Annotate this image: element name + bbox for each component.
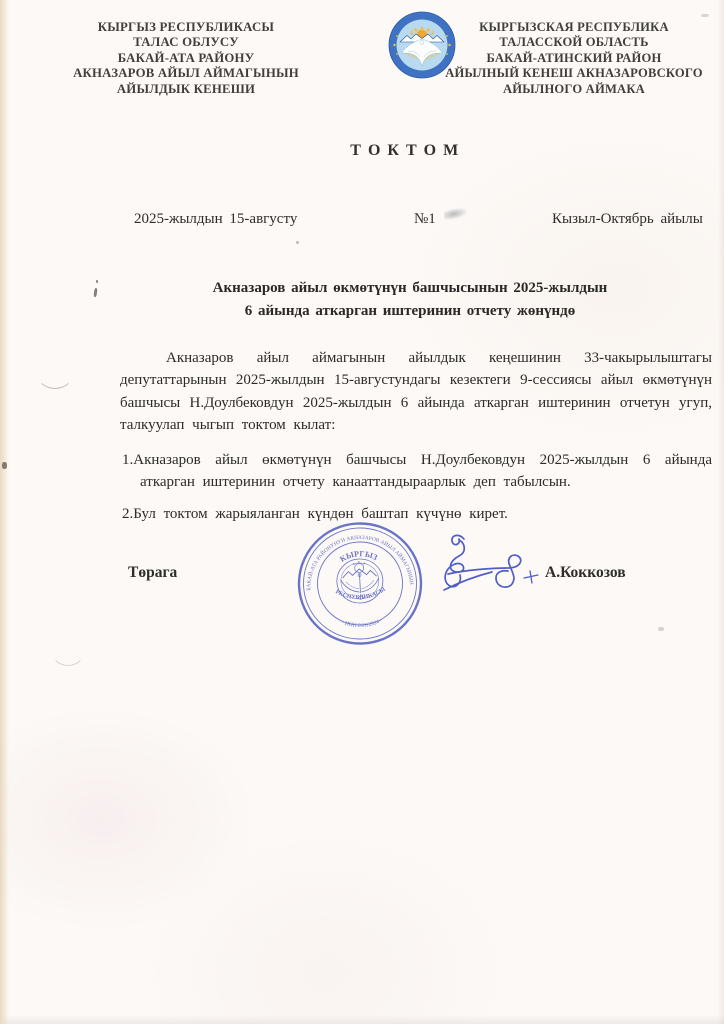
- document-date: 2025-жылдын 15-августу: [134, 211, 297, 228]
- scan-speck: [701, 14, 709, 17]
- item-line: 1.Акназаров айыл өкмөтүнүн башчысы Н.Доу…: [122, 449, 712, 471]
- paragraph-line: талкуулап чыгып токтом кылат:: [120, 414, 712, 436]
- subject-heading: Акназаров айыл өкмөтүнүн башчысынын 2025…: [118, 277, 702, 322]
- signer-name: А.Коккозов: [545, 564, 626, 582]
- header-right-line: БАКАЙ-АТИНСКИЙ РАЙОН: [426, 51, 722, 66]
- header-left-line: КЫРГЫЗ РЕСПУБЛИКАСЫ: [34, 20, 338, 35]
- resolution-item-1: 1.Акназаров айыл өкмөтүнүн башчысы Н.Доу…: [122, 449, 712, 494]
- header-right-line: АЙЫЛНОГО АЙМАКА: [426, 82, 722, 97]
- item-line: аткарган иштеринин отчету канааттандыраа…: [122, 471, 712, 493]
- document-place: Кызыл-Октябрь айылы: [552, 211, 703, 228]
- preamble-paragraph: Акназаров айыл аймагынын айылдык кеңешин…: [120, 347, 712, 437]
- signer-role: Төрага: [128, 564, 177, 582]
- header-left-line: АКНАЗАРОВ АЙЫЛ АЙМАГЫНЫН: [34, 66, 338, 81]
- header-left-line: АЙЫЛДЫК КЕНЕШИ: [34, 82, 338, 97]
- handwritten-signature: [436, 530, 548, 602]
- header-right-line: КЫРГЫЗСКАЯ РЕСПУБЛИКА: [426, 20, 722, 35]
- paragraph-line: Акназаров айыл аймагынын айылдык кеңешин…: [120, 347, 712, 369]
- scan-crease: [50, 630, 86, 666]
- scan-speck: [93, 288, 97, 297]
- subject-line: Акназаров айыл өкмөтүнүн башчысынын 2025…: [118, 277, 702, 300]
- header-left-kyrgyz: КЫРГЫЗ РЕСПУБЛИКАСЫ ТАЛАС ОБЛУСУ БАКАЙ-А…: [34, 20, 338, 97]
- document-number: №1: [414, 211, 436, 228]
- header-right-russian: КЫРГЫЗСКАЯ РЕСПУБЛИКА ТАЛАССКОЙ ОБЛАСТЬ …: [426, 20, 722, 97]
- header-right-line: ТАЛАССКОЙ ОБЛАСТЬ: [426, 35, 722, 50]
- scan-speck: [296, 241, 299, 244]
- paragraph-line: башчысы Н.Доулбековдун 2025-жылдын 6 айы…: [120, 392, 712, 414]
- svg-text:• ИНН 01812024 •: • ИНН 01812024 •: [340, 617, 384, 630]
- paragraph-line: депутаттарынын 2025-жылдын 15-августунда…: [120, 369, 712, 391]
- document-title: Т О К Т О М: [0, 142, 724, 160]
- header-right-line: АЙЫЛНЫЙ КЕНЕШ АКНАЗАРОВСКОГО: [426, 66, 722, 81]
- scan-speck: [96, 280, 98, 283]
- subject-line: 6 айында аткарган иштеринин отчету жөнүн…: [118, 300, 702, 323]
- scan-crease: [36, 355, 74, 389]
- official-stamp: ТАЛАС ОБЛУСУНУН БАКАЙ-АТА РАЙОНУНУН АКНА…: [290, 515, 431, 653]
- scan-smudge: [443, 206, 469, 222]
- scanned-decree-page: КЫРГЫЗ РЕСПУБЛИКАСЫ ТАЛАС ОБЛУСУ БАКАЙ-А…: [0, 0, 724, 1024]
- header-left-line: ТАЛАС ОБЛУСУ: [34, 35, 338, 50]
- header-left-line: БАКАЙ-АТА РАЙОНУ: [34, 51, 338, 66]
- scan-speck: [658, 627, 664, 631]
- scan-speck: [2, 462, 7, 469]
- state-emblem-icon: КЫРГЫЗ РЕСПУБЛИКАСЫ: [388, 11, 456, 79]
